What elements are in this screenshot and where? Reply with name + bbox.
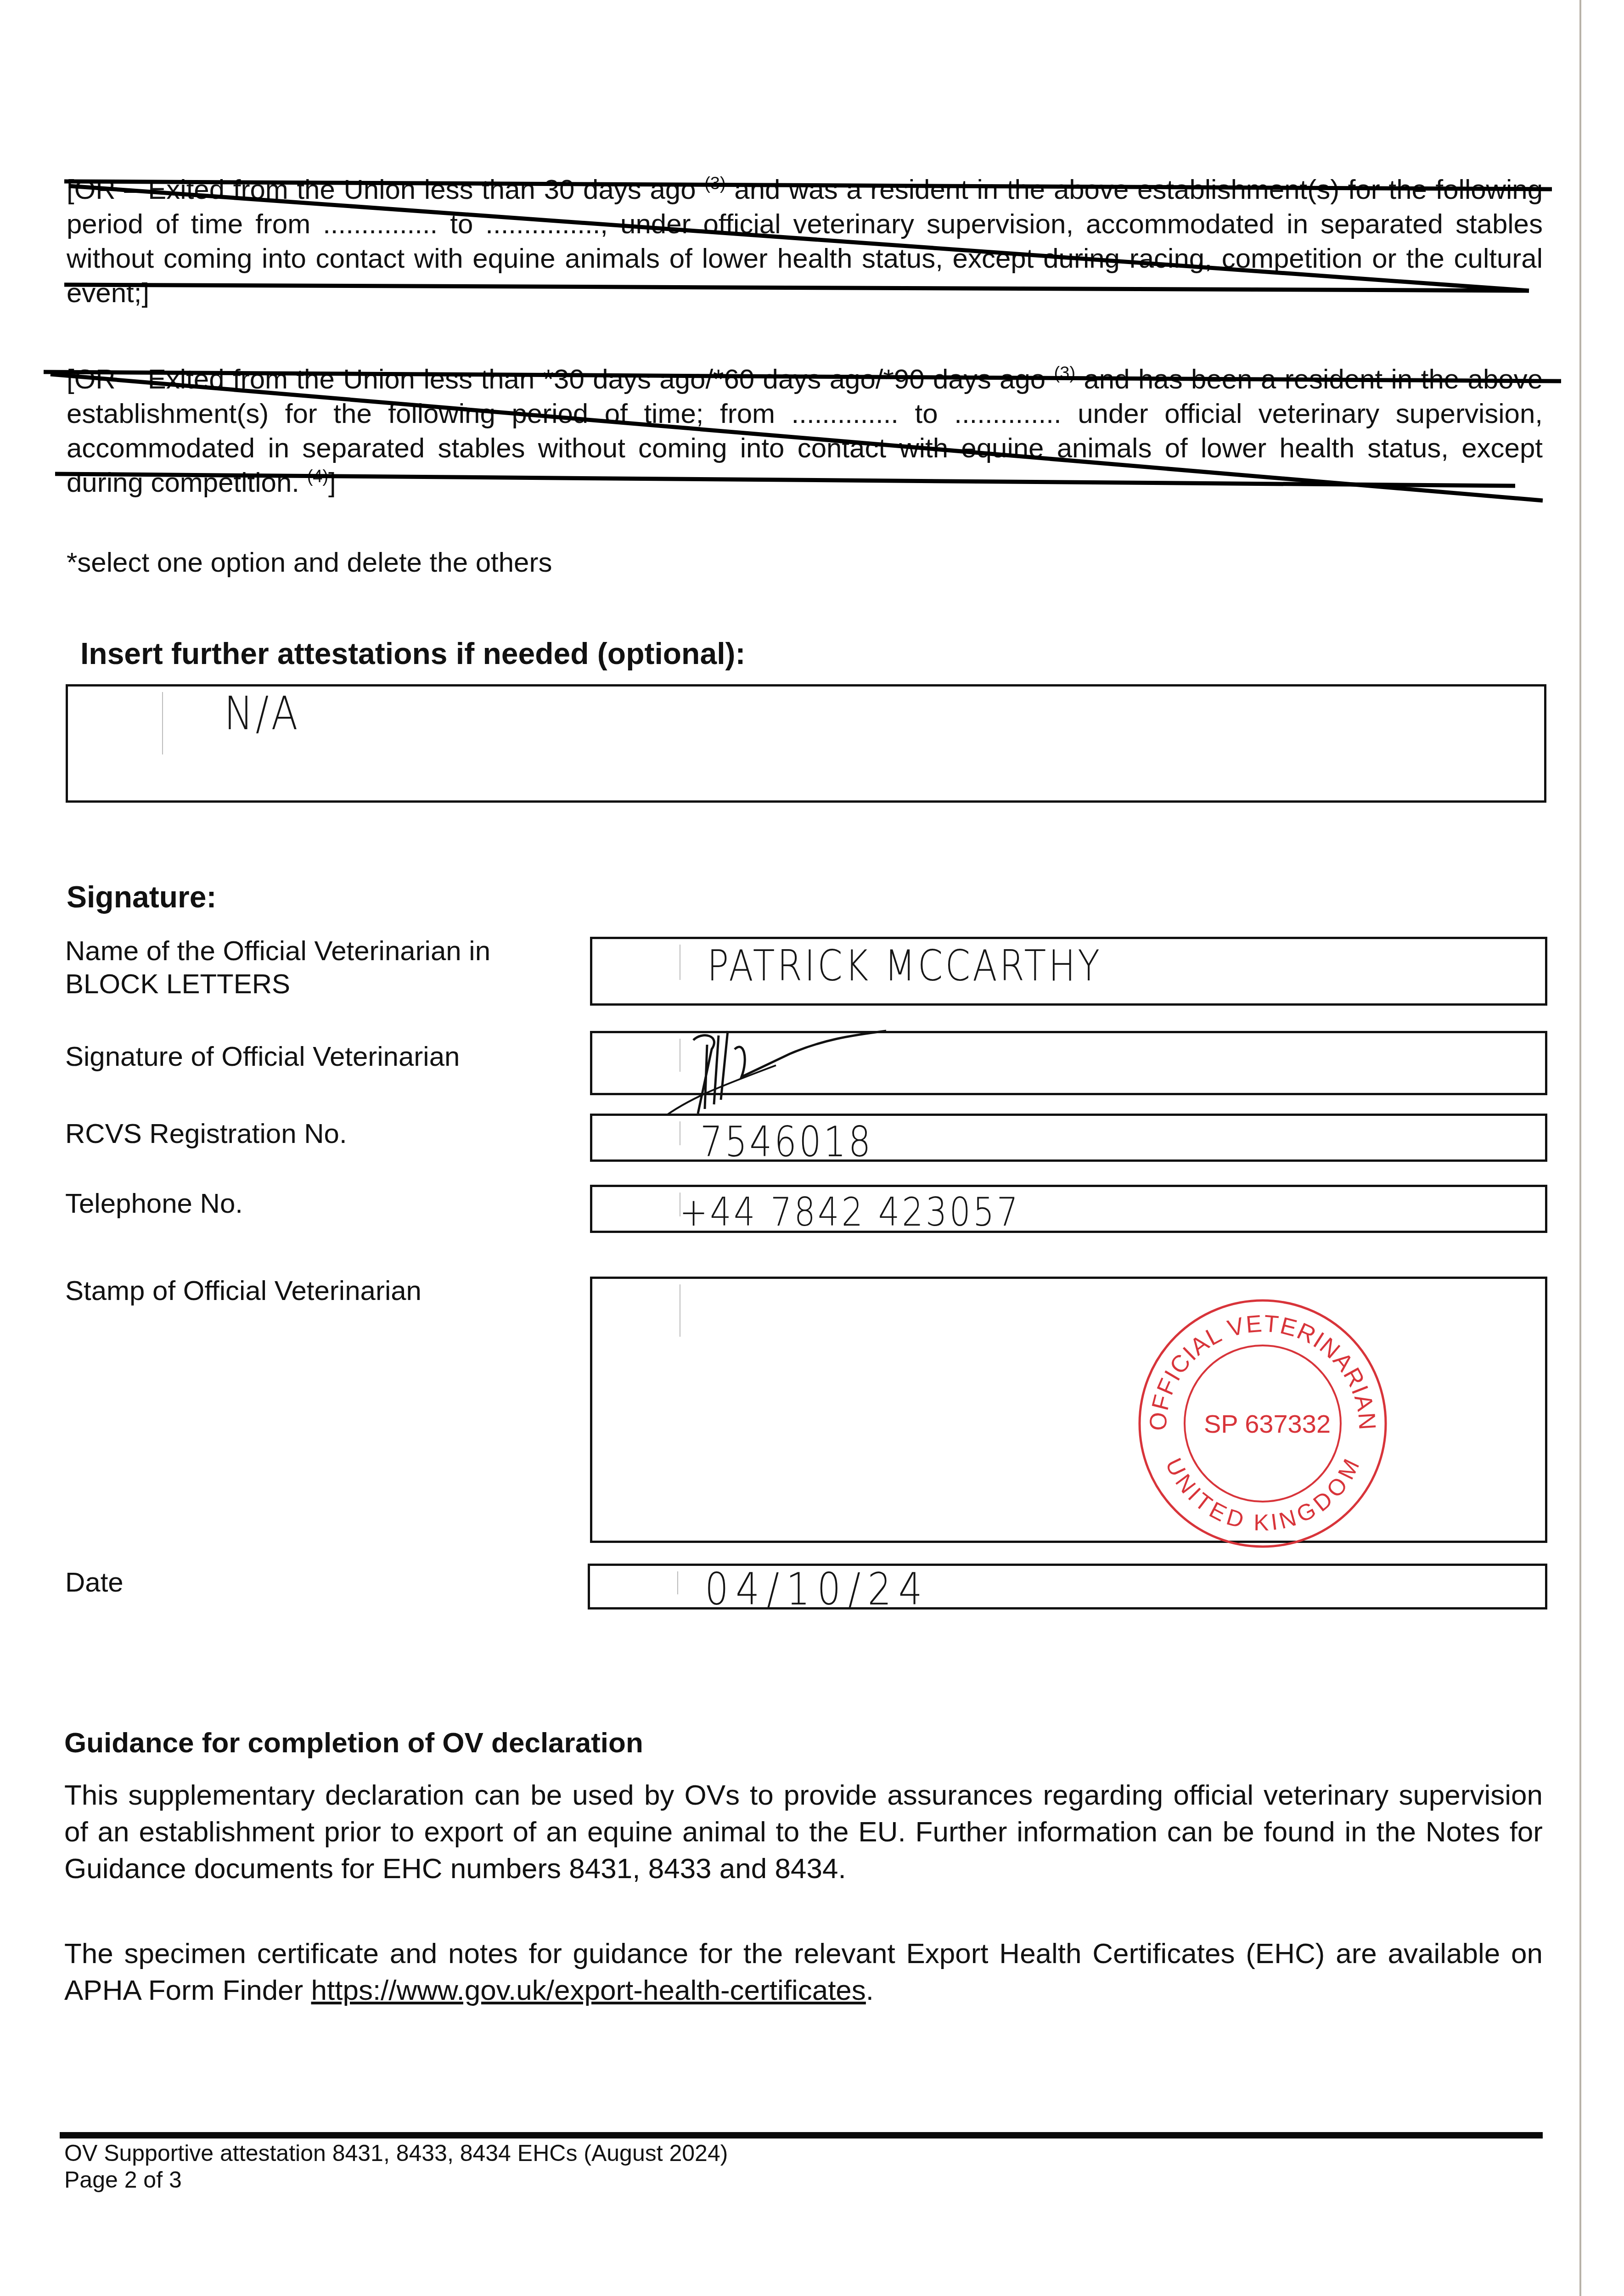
guidance-paragraph-2: The specimen certificate and notes for g… xyxy=(64,1936,1543,2009)
ov-name-value: PATRICK MCCARTHY xyxy=(707,941,1102,990)
signature-field[interactable] xyxy=(590,1031,1547,1095)
footer-rule xyxy=(60,2132,1543,2138)
rcvs-label: RCVS Registration No. xyxy=(65,1117,347,1150)
field-tick xyxy=(162,692,163,754)
option-text: [OR – Exited from the Union less than 30… xyxy=(67,174,704,205)
label-line: Name of the Official Veterinarian in xyxy=(65,934,490,968)
option-text: [OR – Exited from the Union less than *3… xyxy=(67,364,1054,394)
rcvs-value: 7546018 xyxy=(700,1118,873,1166)
option-text: ] xyxy=(328,467,336,498)
field-tick xyxy=(680,1284,680,1337)
field-tick xyxy=(677,1571,678,1594)
signature-label: Signature of Official Veterinarian xyxy=(65,1040,460,1073)
further-attestations-value: N/A xyxy=(224,687,300,740)
ov-name-field[interactable]: PATRICK MCCARTHY xyxy=(590,937,1547,1006)
handwritten-signature xyxy=(629,1022,950,1123)
guidance-paragraph-1: This supplementary declaration can be us… xyxy=(64,1777,1543,1887)
footer-page-number: Page 2 of 3 xyxy=(64,2167,182,2193)
date-label: Date xyxy=(65,1566,124,1599)
footnote-ref: (4) xyxy=(307,467,328,486)
guidance-text: . xyxy=(866,1975,874,2006)
stamp-label: Stamp of Official Veterinarian xyxy=(65,1274,421,1307)
field-tick xyxy=(680,1121,680,1145)
date-field[interactable]: 04/10/24 xyxy=(588,1564,1547,1609)
telephone-value: +44 7842 423057 xyxy=(680,1189,1020,1235)
export-health-certificates-link[interactable]: https://www.gov.uk/export-health-certifi… xyxy=(311,1975,865,2006)
deleted-option-1: [OR – Exited from the Union less than 30… xyxy=(67,172,1543,310)
footnote-ref: (3) xyxy=(704,174,725,193)
deleted-option-2: [OR – Exited from the Union less than *3… xyxy=(67,362,1543,500)
footnote-ref: (3) xyxy=(1054,364,1075,383)
signature-heading: Signature: xyxy=(67,879,216,914)
scan-page-edge xyxy=(1579,0,1581,2296)
further-attestations-field[interactable]: N/A xyxy=(66,684,1546,803)
rcvs-field[interactable]: 7546018 xyxy=(590,1114,1547,1162)
stamp-number: SP 637332 xyxy=(1204,1409,1331,1438)
ov-name-label: Name of the Official Veterinarian in BLO… xyxy=(65,934,490,1001)
date-value: 04/10/24 xyxy=(705,1564,929,1615)
stamp-field[interactable] xyxy=(590,1277,1547,1543)
telephone-field[interactable]: +44 7842 423057 xyxy=(590,1185,1547,1233)
footer-document-title: OV Supportive attestation 8431, 8433, 84… xyxy=(64,2140,728,2167)
guidance-heading: Guidance for completion of OV declaratio… xyxy=(64,1727,643,1759)
telephone-label: Telephone No. xyxy=(65,1187,243,1220)
select-note: *select one option and delete the others xyxy=(67,546,552,578)
further-attestations-heading: Insert further attestations if needed (o… xyxy=(80,636,745,671)
label-line: BLOCK LETTERS xyxy=(65,968,490,1001)
field-tick xyxy=(680,945,680,980)
official-veterinarian-stamp: OFFICIAL VETERINARIAN UNITED KINGDOM SP … xyxy=(1134,1295,1391,1552)
